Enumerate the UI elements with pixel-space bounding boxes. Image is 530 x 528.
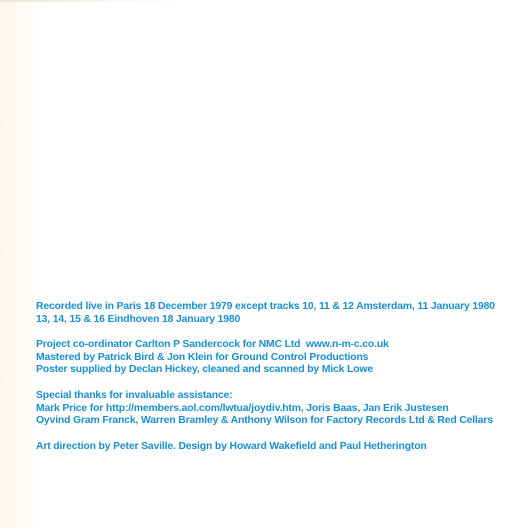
credits-text: Recorded live in Paris 18 December 1979 … [36,301,516,466]
mastering-line: Mastered by Patrick Bird & Jon Klein for… [36,352,516,365]
liner-notes-page: Recorded live in Paris 18 December 1979 … [0,0,530,528]
special-thanks-heading: Special thanks for invaluable assistance… [36,390,516,403]
project-coordinator-line: Project co-ordinator Carlton P Sandercoc… [36,339,516,352]
recording-info-block: Recorded live in Paris 18 December 1979 … [36,301,516,326]
art-direction-block: Art direction by Peter Saville. Design b… [36,441,516,454]
special-thanks-block: Special thanks for invaluable assistance… [36,390,516,428]
recording-line-2: 13, 14, 15 & 16 Eindhoven 18 January 198… [36,314,516,327]
production-credits-block: Project co-ordinator Carlton P Sandercoc… [36,339,516,377]
special-thanks-line-1: Mark Price for http://members.aol.com/lw… [36,403,516,416]
art-direction-line: Art direction by Peter Saville. Design b… [36,441,516,454]
poster-line: Poster supplied by Declan Hickey, cleane… [36,364,516,377]
recording-line-1: Recorded live in Paris 18 December 1979 … [36,301,516,314]
paper-edge-shadow [0,0,180,2]
special-thanks-line-2: Oyvind Gram Franck, Warren Bramley & Ant… [36,415,516,428]
